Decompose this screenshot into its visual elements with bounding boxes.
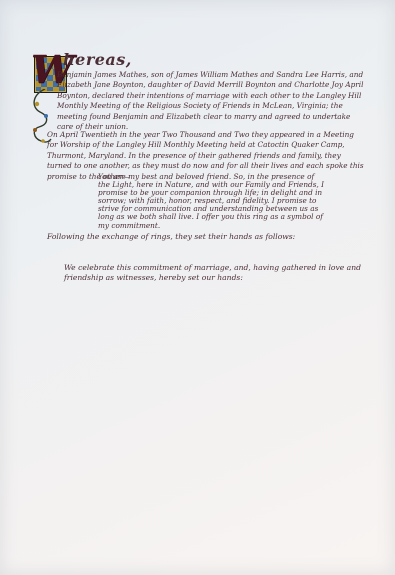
vow-paragraph: You are my best and beloved friend. So, … — [98, 173, 327, 230]
whereas-heading: hereas, — [63, 50, 132, 69]
opening-paragraph: Benjamin James Mathes, son of James Will… — [57, 70, 366, 132]
witness-paragraph: We celebrate this commitment of marriage… — [64, 263, 364, 282]
certificate-page: W hereas, Benjamin James Mathes, son of … — [0, 0, 395, 575]
rings-exchange-line: Following the exchange of rings, they se… — [47, 232, 352, 242]
signature-blank-area — [0, 320, 395, 575]
